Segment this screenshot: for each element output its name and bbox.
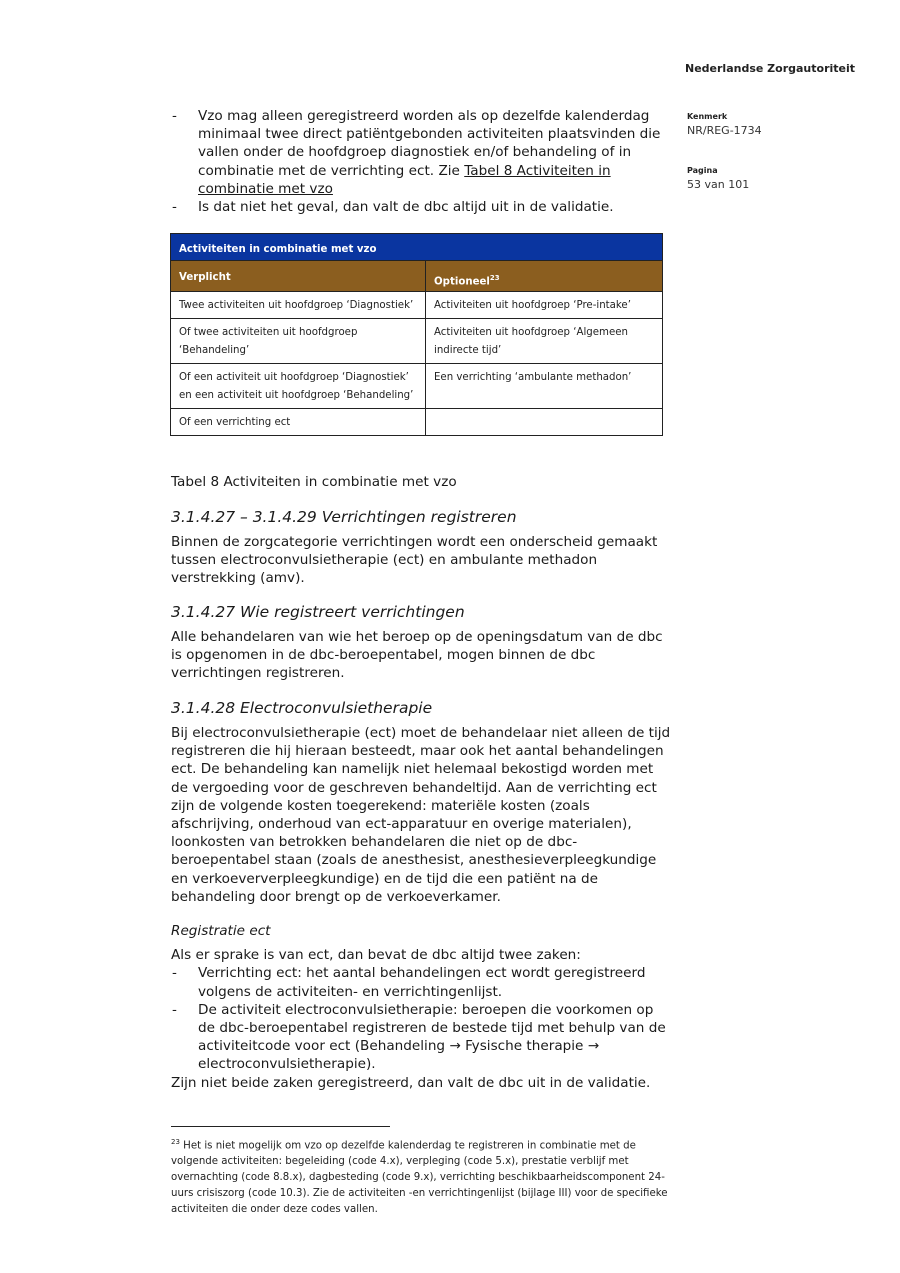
table-cell: Activiteiten uit hoofdgroep ‘Pre-intake’ <box>426 292 663 319</box>
pagina-label: Pagina <box>687 166 749 175</box>
bullet-text: Verrichting ect: het aantal behandelinge… <box>198 965 645 999</box>
list-item: - Is dat niet het geval, dan valt de dbc… <box>171 198 671 216</box>
section-body: Binnen de zorgcategorie verrichtingen wo… <box>171 533 671 588</box>
section-electroconvulsietherapie: 3.1.4.28 Electroconvulsietherapie Bij el… <box>171 698 671 906</box>
table-cell <box>426 409 663 436</box>
subheading: Registratie ect <box>171 922 671 940</box>
bullet-dash: - <box>172 1001 177 1019</box>
table-row: Of een verrichting ect <box>171 409 663 436</box>
section-registratie-ect: Registratie ect Als er sprake is van ect… <box>171 922 671 1092</box>
table-row: Of een activiteit uit hoofdgroep ‘Diagno… <box>171 364 663 409</box>
kenmerk-label: Kenmerk <box>687 112 762 121</box>
bullet-text: De activiteit electroconvulsietherapie: … <box>198 1002 666 1073</box>
column-header-optioneel: Optioneel23 <box>426 261 663 292</box>
bullet-text: Is dat niet het geval, dan valt de dbc a… <box>198 199 614 215</box>
table-caption: Tabel 8 Activiteiten in combinatie met v… <box>171 474 457 490</box>
table-cell: Twee activiteiten uit hoofdgroep ‘Diagno… <box>171 292 426 319</box>
table-row: Twee activiteiten uit hoofdgroep ‘Diagno… <box>171 292 663 319</box>
section-body: Alle behandelaren van wie het beroep op … <box>171 628 671 683</box>
footnote-separator <box>171 1126 390 1127</box>
footnote-ref[interactable]: 23 <box>490 274 500 282</box>
table-cell: Of een verrichting ect <box>171 409 426 436</box>
activities-table: Activiteiten in combinatie met vzo Verpl… <box>170 233 663 436</box>
section-body: Bij electroconvulsietherapie (ect) moet … <box>171 724 671 906</box>
table-cell: Activiteiten uit hoofdgroep ‘Algemeen in… <box>426 319 663 364</box>
list-item: - Vzo mag alleen geregistreerd worden al… <box>171 107 671 198</box>
pagina-block: Pagina 53 van 101 <box>687 166 749 191</box>
footnote-text: Het is niet mogelijk om vzo op dezelfde … <box>171 1140 668 1215</box>
kenmerk-value: NR/REG-1734 <box>687 124 762 137</box>
page-number: 53 van 101 <box>687 178 749 191</box>
column-header-verplicht: Verplicht <box>171 261 426 292</box>
intro-bullets: - Vzo mag alleen geregistreerd worden al… <box>171 107 671 216</box>
list-item: - De activiteit electroconvulsietherapie… <box>171 1001 671 1074</box>
section-heading: 3.1.4.27 Wie registreert verrichtingen <box>171 602 671 622</box>
registratie-intro: Als er sprake is van ect, dan bevat de d… <box>171 946 671 964</box>
section-heading: 3.1.4.28 Electroconvulsietherapie <box>171 698 671 718</box>
section-wie-registreert: 3.1.4.27 Wie registreert verrichtingen A… <box>171 602 671 683</box>
section-verrichtingen-registreren: 3.1.4.27 – 3.1.4.29 Verrichtingen regist… <box>171 507 671 588</box>
table-cell: Een verrichting ‘ambulante methadon’ <box>426 364 663 409</box>
footnote: 23 Het is niet mogelijk om vzo op dezelf… <box>171 1134 671 1218</box>
section-heading: 3.1.4.27 – 3.1.4.29 Verrichtingen regist… <box>171 507 671 527</box>
footnote-number: 23 <box>171 1138 180 1146</box>
table-row: Of twee activiteiten uit hoofdgroep ‘Beh… <box>171 319 663 364</box>
table-cell: Of twee activiteiten uit hoofdgroep ‘Beh… <box>171 319 426 364</box>
registratie-closing: Zijn niet beide zaken geregistreerd, dan… <box>171 1074 671 1092</box>
bullet-dash: - <box>172 198 177 216</box>
kenmerk-block: Kenmerk NR/REG-1734 <box>687 112 762 137</box>
organization-name: Nederlandse Zorgautoriteit <box>685 62 855 75</box>
list-item: - Verrichting ect: het aantal behandelin… <box>171 964 671 1000</box>
table-title: Activiteiten in combinatie met vzo <box>171 234 663 261</box>
bullet-dash: - <box>172 964 177 982</box>
bullet-dash: - <box>172 107 177 125</box>
table-cell: Of een activiteit uit hoofdgroep ‘Diagno… <box>171 364 426 409</box>
column-header-label: Optioneel <box>434 276 490 287</box>
